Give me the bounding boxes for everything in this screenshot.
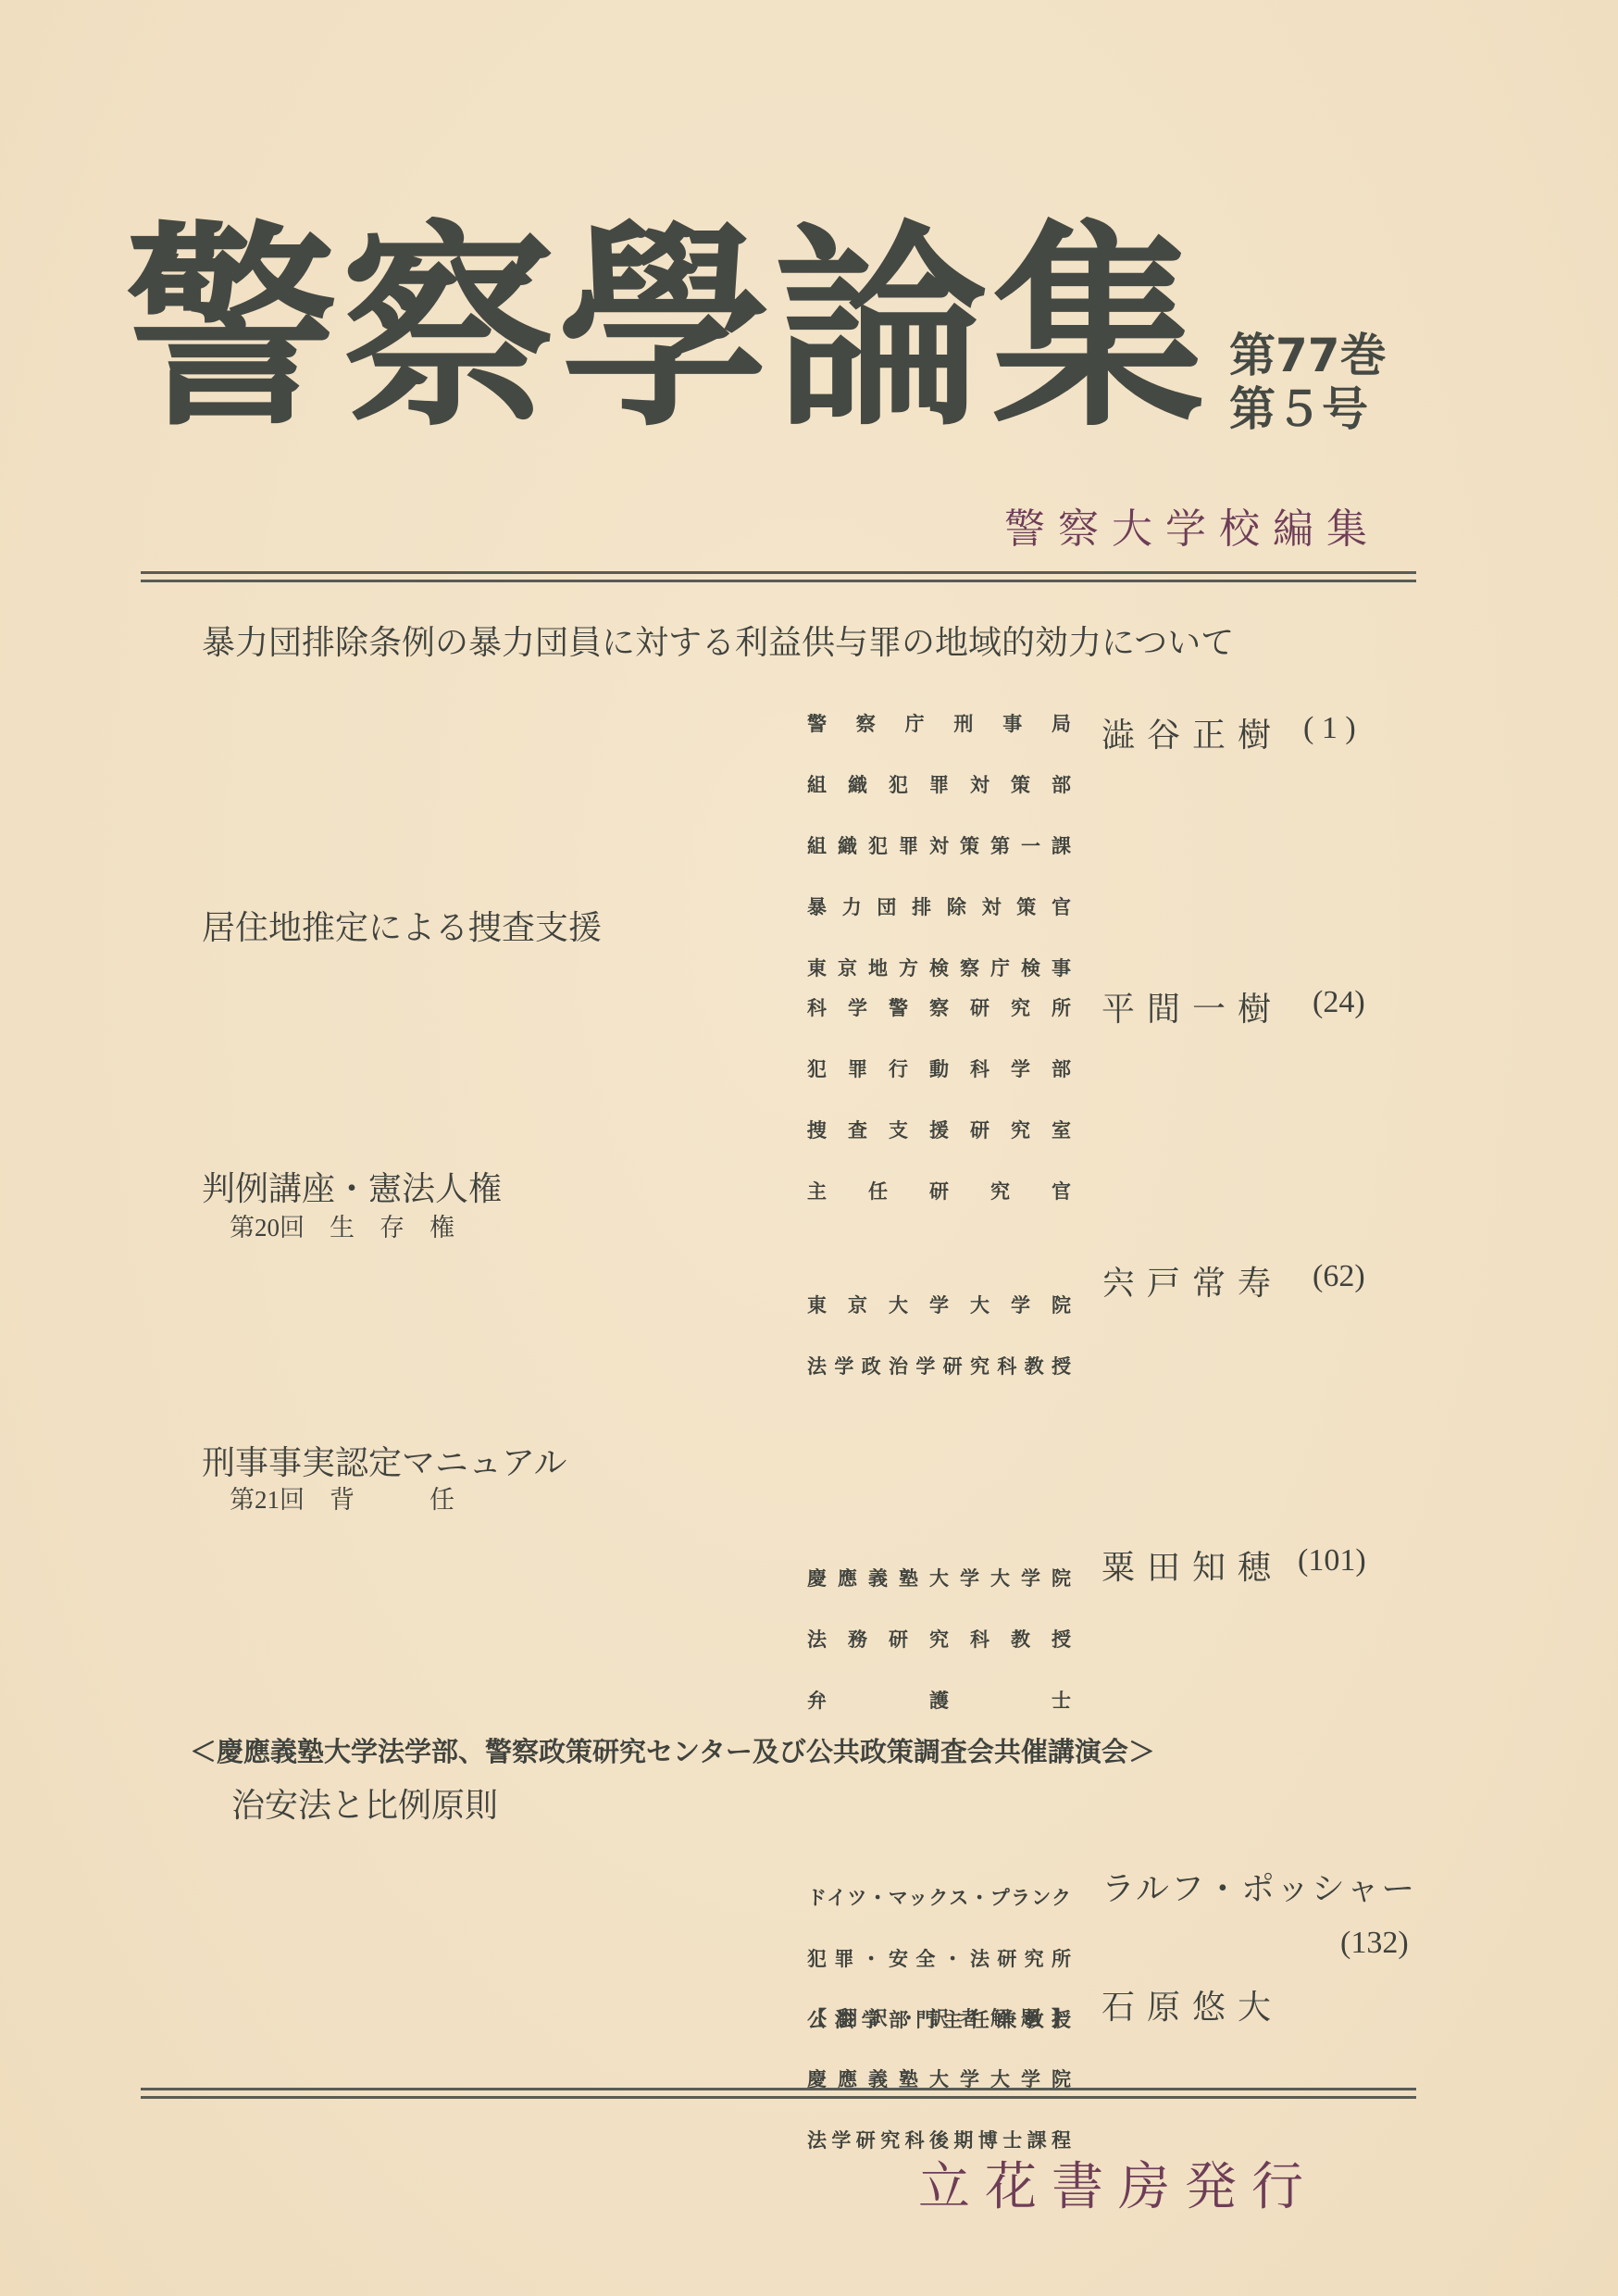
top-double-rule: [141, 571, 1416, 584]
article-title: 判例講座・憲法人権: [202, 1163, 502, 1210]
translator-affiliation: 【翻訳・訳者解題】 慶應義塾大学大学院 法学研究科後期博士課程: [807, 1967, 1071, 2171]
lecture-note: ＜慶應義塾大学法学部、警察政策研究センター及び公共政策調査会共催講演会＞: [190, 1731, 1155, 1769]
editor-credit: 警察大学校編集: [1004, 495, 1380, 555]
bottom-double-rule: [141, 2088, 1416, 2101]
author-name: 平 間 一 樹: [1101, 983, 1273, 1030]
author-affiliation: 東京大学大学院 法学政治学研究科教授: [807, 1254, 1071, 1397]
article-subtitle: 第20回 生 存 権: [230, 1207, 454, 1243]
author-affiliation: 警察庁刑事局 組織犯罪対策部 組織犯罪対策第一課 暴力団排除対策官 東京地方検察…: [807, 673, 1071, 999]
article-title: 刑事事実認定マニュアル: [202, 1437, 567, 1484]
author-name: 宍 戸 常 寿: [1101, 1257, 1273, 1304]
page-number: (62): [1313, 1259, 1365, 1294]
article-title: 居住地推定による捜査支援: [202, 902, 602, 949]
journal-title: 警察學論集: [125, 220, 1208, 438]
page-number: (101): [1298, 1543, 1366, 1578]
article-title: 暴力団排除条例の暴力団員に対する利益供与罪の地域的効力について: [202, 617, 1234, 664]
lecture-title: 治安法と比例原則: [231, 1779, 498, 1827]
page-number: ( 1 ): [1303, 711, 1356, 746]
page-number: (24): [1313, 985, 1365, 1020]
volume-number: 第77巻: [1229, 329, 1387, 382]
article-subtitle: 第21回 背 任: [230, 1479, 454, 1516]
author-affiliation: 慶應義塾大学大学院 法務研究科教授 弁護士: [807, 1528, 1071, 1731]
translator-name: 石 原 悠 大: [1101, 1981, 1273, 2028]
author-affiliation: 科学警察研究所 犯罪行動科学部 捜査支援研究室 主任研究官: [807, 957, 1071, 1222]
volume-issue: 第77巻 第５号: [1229, 329, 1387, 436]
author-name: 澁 谷 正 樹: [1101, 709, 1273, 756]
author-name: ラルフ・ポッシャー: [1101, 1863, 1416, 1910]
author-name: 粟 田 知 穂: [1101, 1541, 1273, 1589]
page-number: (132): [1340, 1926, 1409, 1961]
issue-number: 第５号: [1229, 382, 1387, 436]
publisher-credit: 立花書房発行: [918, 2146, 1318, 2220]
